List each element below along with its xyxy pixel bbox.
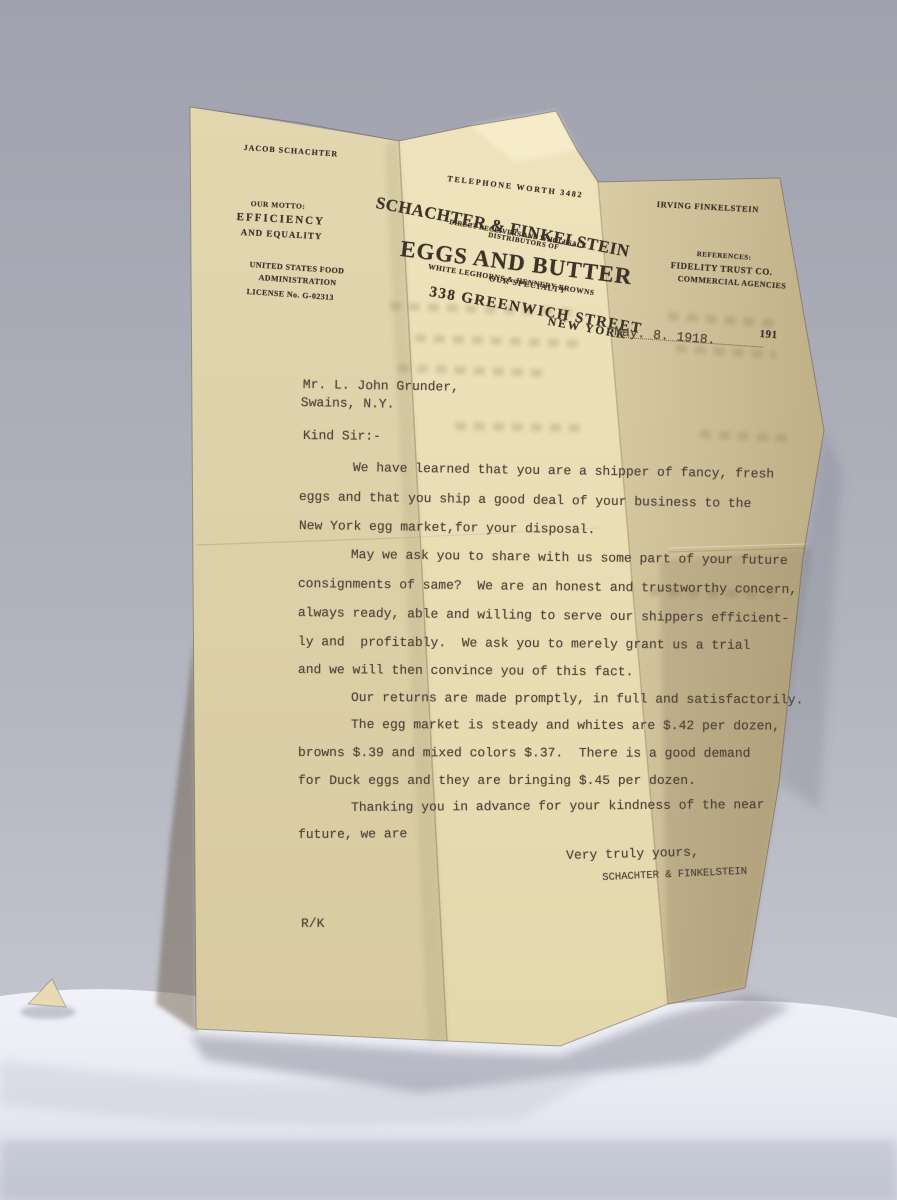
- body-line: New York egg market,for your disposal.: [299, 518, 596, 538]
- body-line: The egg market is steady and whites are …: [351, 717, 780, 734]
- salutation: Kind Sir:-: [303, 428, 381, 445]
- body-line: Thanking you in advance for your kindnes…: [351, 797, 765, 816]
- body-line: We have learned that you are a shipper o…: [353, 460, 774, 483]
- body-line: Our returns are made promptly, in full a…: [351, 690, 804, 708]
- body-line: for Duck eggs and they are bringing $.45…: [298, 773, 696, 789]
- body-line: future, we are: [298, 826, 407, 843]
- typist-initials: R/K: [301, 916, 324, 932]
- body-line: ly and profitably. We ask you to merely …: [298, 634, 751, 654]
- valediction: Very truly yours,: [566, 845, 699, 864]
- typed-signature: SCHACHTER & FINKELSTEIN: [602, 864, 747, 886]
- letter-body: May. 8. 1918. Mr. L. John Grunder, Swain…: [0, 0, 897, 1200]
- recipient-line: Swains, N.Y.: [301, 395, 395, 413]
- body-line: consignments of same? We are an honest a…: [298, 576, 797, 598]
- typed-date: May. 8. 1918.: [614, 324, 716, 349]
- body-line: always ready, able and willing to serve …: [298, 605, 790, 627]
- body-line: and we will then convince you of this fa…: [298, 662, 634, 680]
- photo-of-letter: JACOB SCHACHTER OUR MOTTO: EFFICIENCY AN…: [0, 0, 897, 1200]
- body-line: May we ask you to share with us some par…: [351, 547, 788, 569]
- recipient-line: Mr. L. John Grunder,: [303, 377, 459, 396]
- body-line: eggs and that you ship a good deal of yo…: [299, 489, 752, 512]
- body-line: browns $.39 and mixed colors $.37. There…: [298, 745, 751, 762]
